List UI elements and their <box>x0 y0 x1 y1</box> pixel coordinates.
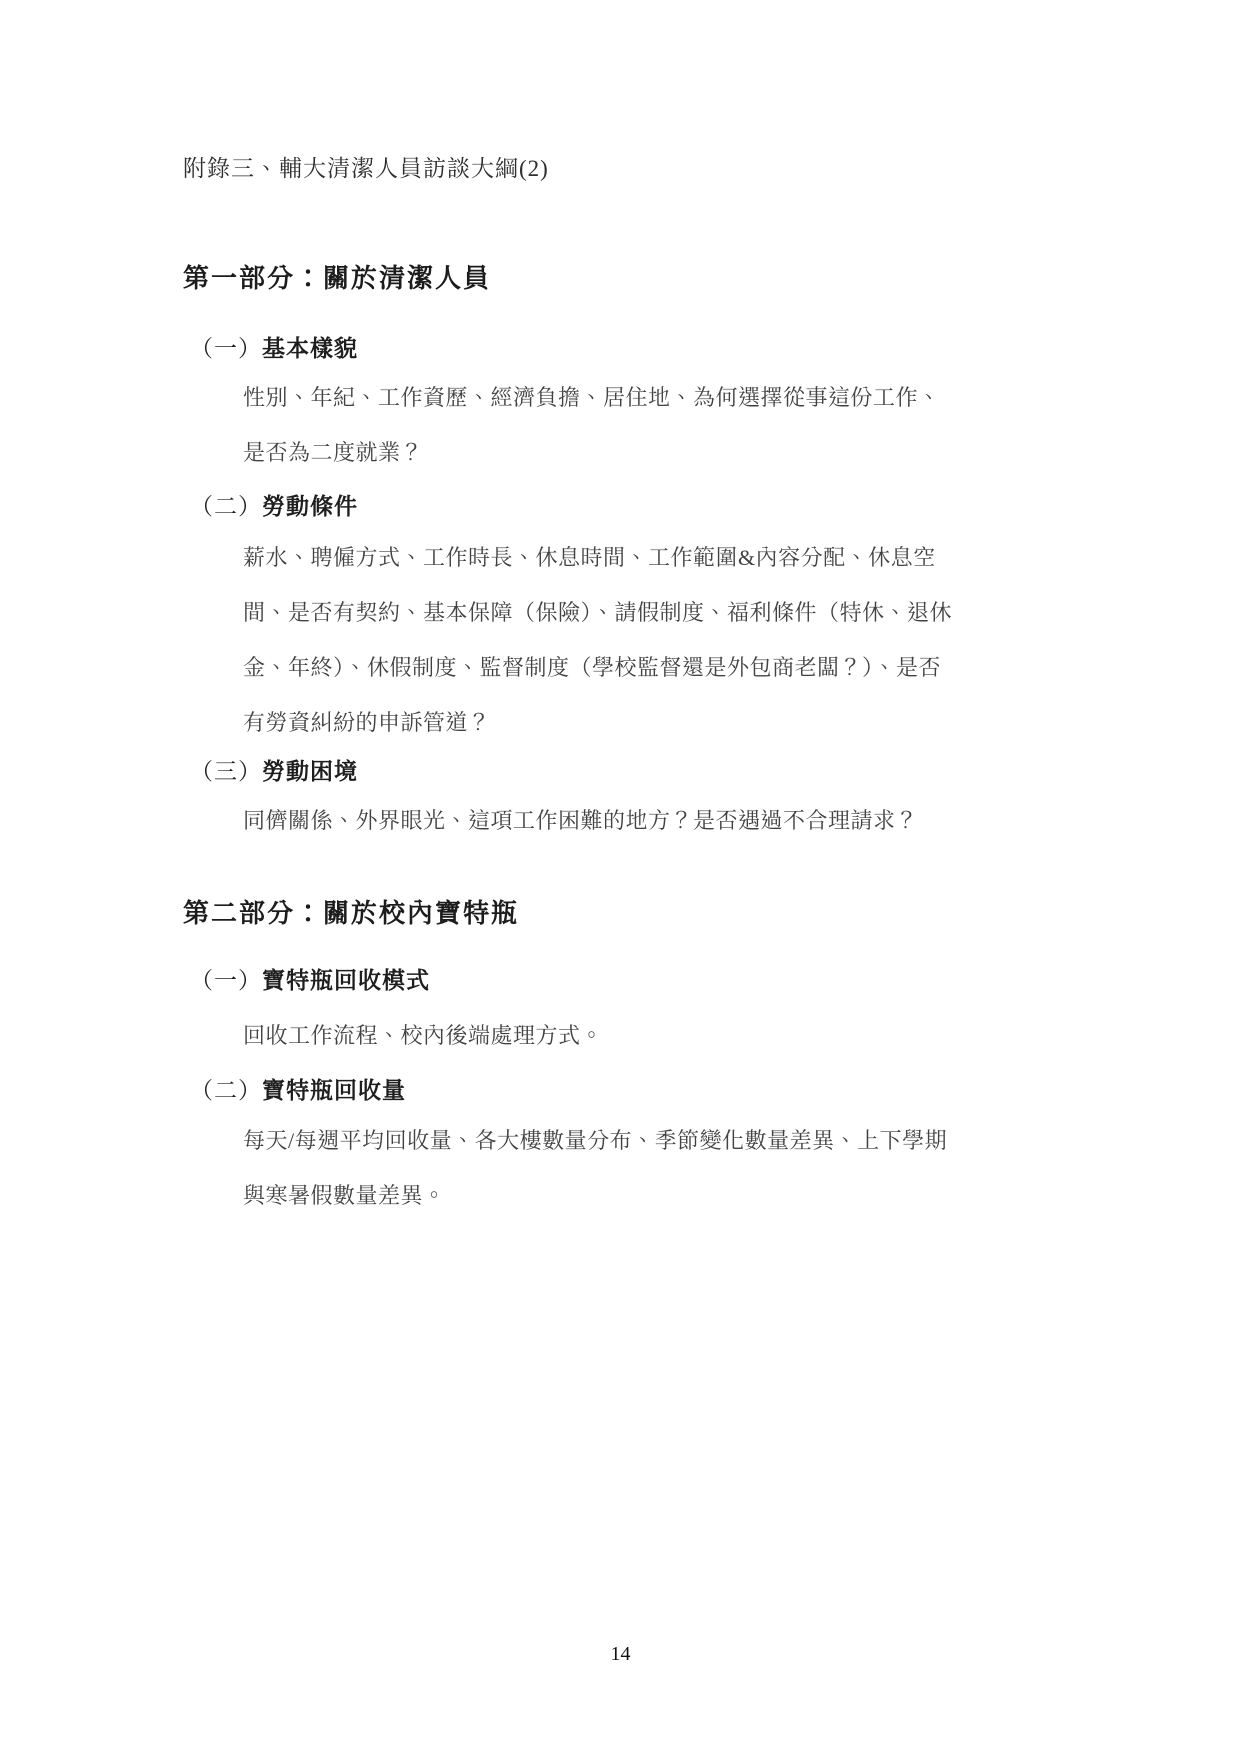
section-2-item-1-heading: （一）寶特瓶回收模式 <box>190 962 430 995</box>
body-line: 有勞資糾紛的申訴管道？ <box>243 706 491 737</box>
body-line: 每天/每週平均回收量、各大樓數量分布、季節變化數量差異、上下學期 <box>243 1124 947 1155</box>
item-label: 勞動條件 <box>262 494 358 519</box>
section-1-item-2-heading: （二）勞動條件 <box>190 488 358 521</box>
item-marker: （一） <box>190 968 262 993</box>
item-label: 寶特瓶回收量 <box>262 1078 406 1103</box>
document-page: 附錄三、輔大清潔人員訪談大綱(2) 第一部分：關於清潔人員 （一）基本樣貌 性別… <box>0 0 1241 1755</box>
body-line: 與寒暑假數量差異。 <box>243 1179 446 1210</box>
body-line: 回收工作流程、校內後端處理方式。 <box>243 1019 603 1050</box>
page-number: 14 <box>0 1643 1241 1666</box>
item-marker: （三） <box>190 759 262 784</box>
section-1-item-1-heading: （一）基本樣貌 <box>190 330 358 363</box>
item-marker: （一） <box>190 336 262 361</box>
body-line: 是否為二度就業？ <box>243 436 423 467</box>
body-line: 金、年終）、休假制度、監督制度（學校監督還是外包商老闆？）、是否 <box>243 651 941 682</box>
document-title: 附錄三、輔大清潔人員訪談大綱(2) <box>183 150 549 183</box>
item-label: 基本樣貌 <box>262 336 358 361</box>
item-label: 寶特瓶回收模式 <box>262 968 430 993</box>
body-line: 間、是否有契約、基本保障（保險）、請假制度、福利條件（特休、退休 <box>243 596 952 627</box>
body-line: 性別、年紀、工作資歷、經濟負擔、居住地、為何選擇從事這份工作、 <box>243 381 941 412</box>
item-marker: （二） <box>190 1078 262 1103</box>
section-1-heading: 第一部分：關於清潔人員 <box>183 258 491 295</box>
section-2-heading: 第二部分：關於校內寶特瓶 <box>183 893 519 930</box>
item-label: 勞動困境 <box>262 759 358 784</box>
body-line: 薪水、聘僱方式、工作時長、休息時間、工作範圍&內容分配、休息空 <box>243 541 936 572</box>
section-2-item-2-heading: （二）寶特瓶回收量 <box>190 1072 406 1105</box>
body-line: 同儕關係、外界眼光、這項工作困難的地方？是否遇過不合理請求？ <box>243 804 918 835</box>
item-marker: （二） <box>190 494 262 519</box>
section-1-item-3-heading: （三）勞動困境 <box>190 753 358 786</box>
